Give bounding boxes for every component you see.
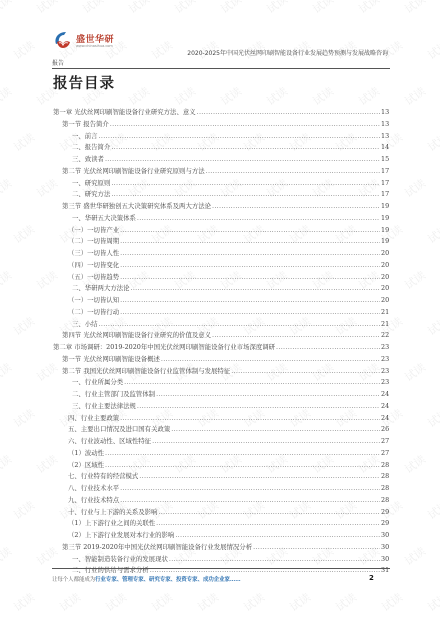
toc-entry-title: 四、行业主要政策 [68, 413, 119, 425]
toc-entry[interactable]: （二）一切皆周期19 [53, 236, 389, 248]
footer-slogan-accent: 行业专家、管理专家、研究专家、投资专家、成功企业家…… [95, 577, 241, 583]
toc-entry-page: 21 [381, 319, 389, 331]
toc-entry-title: 一、行业所属分类 [72, 377, 123, 389]
toc-entry-title: 第四节 光伏丝网印刷智能设备行业研究的价值及意义 [62, 330, 211, 342]
toc-entry-title: 六、行业波动性、区域性特征 [68, 436, 151, 448]
toc-entry-page: 17 [381, 166, 389, 178]
toc-dot-leader [276, 342, 380, 354]
toc-entry-title: 一、研究原则 [72, 178, 110, 190]
toc-entry[interactable]: （三）一切皆人性20 [53, 248, 389, 260]
watermark-text: 试读 [355, 0, 382, 17]
watermark-text: 试读 [424, 313, 440, 339]
toc-entry[interactable]: （2）区域性28 [53, 460, 389, 472]
toc-entry-page: 28 [381, 460, 389, 472]
toc-dot-leader [124, 377, 380, 389]
watermark-text: 试读 [194, 589, 221, 615]
watermark-text: 试读 [102, 589, 129, 615]
toc-entry[interactable]: 一、行业所属分类23 [53, 377, 389, 389]
toc-entry[interactable]: （2）上下游行业发展对本行业的影响30 [53, 530, 389, 542]
toc-entry[interactable]: 五、主要出口情况及进口国有关政策26 [53, 424, 389, 436]
report-label: 报告 [52, 58, 64, 67]
watermark-text: 试读 [240, 589, 267, 615]
toc-entry-title: （1）上下游行业之间的关联性 [68, 518, 155, 530]
toc-entry[interactable]: 一、前言13 [53, 131, 389, 143]
toc-entry[interactable]: 六、行业波动性、区域性特征27 [53, 436, 389, 448]
toc-dot-leader [105, 154, 380, 166]
toc-dot-leader [105, 448, 380, 460]
toc-entry-title: （三）一切皆人性 [68, 248, 119, 260]
watermark-text: 试读 [0, 543, 15, 569]
watermark-text: 试读 [10, 497, 37, 523]
watermark-text: 试读 [217, 0, 244, 17]
toc-entry-title: 第二节 光伏丝网印刷智能设备行业研究原则与方法 [62, 166, 205, 178]
toc-entry-title: 第三节 2019-2020年中国光伏丝网印刷智能设备行业发展情况分析 [62, 542, 252, 554]
toc-entry[interactable]: 第一章 光伏丝网印刷智能设备行业研究方法、意义13 [53, 107, 389, 119]
toc-entry-page: 29 [381, 507, 389, 519]
toc-entry-title: 第一节 光伏丝网印刷智能设备概述 [62, 354, 160, 366]
watermark-text: 试读 [10, 129, 37, 155]
toc-dot-leader [120, 495, 380, 507]
toc-entry-title: 三、行业主要法律法规 [72, 401, 136, 413]
watermark-text: 试读 [424, 497, 440, 523]
toc-entry-page: 23 [381, 377, 389, 389]
watermark-text: 试读 [217, 83, 244, 109]
watermark-text: 试读 [171, 0, 198, 17]
watermark-text: 试读 [33, 0, 60, 17]
toc-entry-title: （一）一切皆产业 [68, 225, 119, 237]
toc-entry-title: （二）一切皆行动 [68, 307, 119, 319]
toc-entry-title: （四）一切皆变化 [68, 260, 119, 272]
toc-dot-leader [139, 471, 380, 483]
toc-entry-page: 30 [381, 542, 389, 554]
watermark-text: 试读 [0, 359, 15, 385]
watermark-text: 试读 [309, 0, 336, 17]
toc-entry[interactable]: 四、行业主要政策24 [53, 413, 389, 425]
footer-slogan-prefix: 让每个人都能成为 [52, 577, 95, 583]
watermark-text: 试读 [401, 543, 428, 569]
watermark-text: 试读 [263, 83, 290, 109]
toc-dot-leader [231, 366, 380, 378]
toc-dot-leader [120, 225, 380, 237]
watermark-text: 试读 [10, 313, 37, 339]
watermark-text: 试读 [0, 0, 15, 17]
watermark-text: 试读 [10, 405, 37, 431]
watermark-text: 试读 [378, 589, 405, 615]
toc-entry-page: 28 [381, 495, 389, 507]
toc-entry-page: 24 [381, 413, 389, 425]
toc-dot-leader [171, 424, 380, 436]
toc-entry[interactable]: 八、行业技术水平28 [53, 483, 389, 495]
toc-entry[interactable]: 第三节 2019-2020年中国光伏丝网印刷智能设备行业发展情况分析30 [53, 542, 389, 554]
watermark-text: 试读 [424, 221, 440, 247]
watermark-text: 试读 [401, 175, 428, 201]
toc-entry[interactable]: 七、行业特有的经营模式28 [53, 471, 389, 483]
toc-dot-leader [152, 436, 380, 448]
header-divider [52, 68, 390, 69]
toc-dot-leader [120, 272, 380, 284]
toc-entry[interactable]: （1）波动性27 [53, 448, 389, 460]
watermark-text: 试读 [0, 451, 15, 477]
footer-slogan: 让每个人都能成为行业专家、管理专家、研究专家、投资专家、成功企业家…… [52, 575, 241, 583]
watermark-text: 试读 [125, 83, 152, 109]
company-logo: 盛世华研 www.chinasihua.com [50, 28, 116, 52]
watermark-text: 试读 [0, 267, 15, 293]
toc-entry-page: 15 [381, 154, 389, 166]
toc-dot-leader [158, 507, 380, 519]
toc-entry[interactable]: 第三节 盛世华研独创五大决策研究体系及两大方法论19 [53, 201, 389, 213]
toc-entry-page: 23 [381, 366, 389, 378]
toc-entry-title: 五、主要出口情况及进口国有关政策 [68, 424, 170, 436]
toc-dot-leader [99, 131, 380, 143]
watermark-text: 试读 [79, 0, 106, 17]
toc-entry[interactable]: （四）一切皆变化20 [53, 260, 389, 272]
toc-entry-page: 19 [381, 236, 389, 248]
toc-entry[interactable]: 第二章 市场调研：2019-2020年中国光伏丝网印刷智能设备行业市场深度调研2… [53, 342, 389, 354]
toc-entry-page: 21 [381, 307, 389, 319]
document-title: 2020-2025年中国光伏丝网印刷智能设备行业发展趋势预测与发展战略咨询 [187, 48, 388, 57]
toc-dot-leader [120, 260, 380, 272]
toc-dot-leader [120, 413, 380, 425]
toc-entry-page: 13 [381, 107, 389, 119]
toc-entry-page: 23 [381, 354, 389, 366]
toc-dot-leader [111, 178, 380, 190]
watermark-text: 试读 [0, 83, 15, 109]
toc-entry-title: 二、华研两大方法论 [72, 283, 130, 295]
watermark-text: 试读 [401, 267, 428, 293]
toc-entry[interactable]: 二、报告简介14 [53, 142, 389, 154]
toc-entry-title: （2）上下游行业发展对本行业的影响 [68, 530, 174, 542]
toc-entry-title: （五）一切皆趋势 [68, 272, 119, 284]
watermark-text: 试读 [286, 589, 313, 615]
toc-entry-page: 30 [381, 530, 389, 542]
toc-entry-page: 22 [381, 330, 389, 342]
watermark-text: 试读 [309, 83, 336, 109]
watermark-text: 试读 [148, 589, 175, 615]
toc-entry-page: 14 [381, 142, 389, 154]
toc-entry[interactable]: 一、智能制造装备行业的发展现状30 [53, 554, 389, 566]
toc-dot-leader [137, 401, 380, 413]
toc-entry[interactable]: 第二节 我国光伏丝网印刷智能设备行业监管体制与发展特征23 [53, 366, 389, 378]
toc-dot-leader [206, 166, 380, 178]
watermark-text: 试读 [10, 221, 37, 247]
toc-entry-page: 20 [381, 260, 389, 272]
watermark-text: 试读 [401, 0, 428, 17]
toc-dot-leader [137, 213, 380, 225]
toc-entry-page: 17 [381, 178, 389, 190]
watermark-text: 试读 [125, 0, 152, 17]
toc-dot-leader [120, 236, 380, 248]
toc-entry-title: （二）一切皆周期 [68, 236, 119, 248]
toc-entry-title: 一、智能制造装备行业的发展现状 [72, 554, 168, 566]
watermark-text: 试读 [401, 451, 428, 477]
page-title: 报告目录 [53, 72, 115, 93]
toc-entry-page: 30 [381, 554, 389, 566]
toc-dot-leader [212, 201, 380, 213]
toc-entry-title: 三、致读者 [72, 154, 104, 166]
toc-entry[interactable]: 第一节 报告简介13 [53, 119, 389, 131]
toc-dot-leader [120, 307, 380, 319]
toc-entry[interactable]: 十、行业与上下游的关系及影响29 [53, 507, 389, 519]
watermark-text: 试读 [401, 359, 428, 385]
toc-entry-title: 第一章 光伏丝网印刷智能设备行业研究方法、意义 [53, 107, 196, 119]
toc-entry[interactable]: （一）一切皆认知20 [53, 295, 389, 307]
toc-entry-title: 第二章 市场调研：2019-2020年中国光伏丝网印刷智能设备行业市场深度调研 [53, 342, 275, 354]
toc-entry[interactable]: （1）上下游行业之间的关联性29 [53, 518, 389, 530]
toc-entry-page: 20 [381, 283, 389, 295]
toc-dot-leader [161, 354, 380, 366]
toc-dot-leader [253, 542, 380, 554]
footer-divider [52, 568, 390, 569]
toc-entry[interactable]: 第四节 光伏丝网印刷智能设备行业研究的价值及意义22 [53, 330, 389, 342]
watermark-text: 试读 [424, 589, 440, 615]
toc-entry-page: 29 [381, 518, 389, 530]
toc-dot-leader [169, 554, 380, 566]
toc-entry-page: 26 [381, 424, 389, 436]
toc-entry[interactable]: 二、行业主管部门及监管体制24 [53, 389, 389, 401]
toc-entry[interactable]: 第一节 光伏丝网印刷智能设备概述23 [53, 354, 389, 366]
page-header: 盛世华研 www.chinasihua.com 报告 2020-2025年中国光… [50, 28, 390, 68]
logo-swoosh-icon [52, 30, 74, 50]
toc-dot-leader [212, 330, 380, 342]
toc-entry-title: 二、报告简介 [72, 142, 110, 154]
toc-entry[interactable]: 二、华研两大方法论20 [53, 283, 389, 295]
toc-entry-page: 13 [381, 131, 389, 143]
toc-entry-page: 31 [381, 565, 389, 577]
toc-dot-leader [197, 107, 380, 119]
toc-entry[interactable]: 第二节 光伏丝网印刷智能设备行业研究原则与方法17 [53, 166, 389, 178]
toc-entry[interactable]: （一）一切皆产业19 [53, 225, 389, 237]
toc-entry-title: 第三节 盛世华研独创五大决策研究体系及两大方法论 [62, 201, 211, 213]
toc-dot-leader [175, 530, 380, 542]
watermark-text: 试读 [10, 589, 37, 615]
toc-dot-leader [120, 483, 380, 495]
watermark-text: 试读 [424, 405, 440, 431]
toc-entry-title: 一、前言 [72, 131, 98, 143]
watermark-text: 试读 [0, 175, 15, 201]
toc-entry[interactable]: 一、华研五大决策体系19 [53, 213, 389, 225]
toc-entry-page: 28 [381, 483, 389, 495]
toc-dot-leader [111, 189, 380, 201]
watermark-text: 试读 [332, 589, 359, 615]
page-number: 2 [369, 574, 374, 582]
watermark-text: 试读 [355, 83, 382, 109]
toc-entry-page: 19 [381, 213, 389, 225]
toc-dot-leader [99, 319, 380, 331]
toc-entry[interactable]: 三、小结21 [53, 319, 389, 331]
watermark-text: 试读 [424, 37, 440, 63]
watermark-text: 试读 [10, 37, 37, 63]
toc-dot-leader [156, 389, 380, 401]
watermark-text: 试读 [171, 83, 198, 109]
toc-dot-leader [110, 119, 380, 131]
toc-dot-leader [111, 142, 380, 154]
watermark-text: 试读 [401, 83, 428, 109]
toc-entry-page: 20 [381, 248, 389, 260]
toc-entry-title: 三、小结 [72, 319, 98, 331]
toc-entry-title: 八、行业技术水平 [68, 483, 119, 495]
table-of-contents: 第一章 光伏丝网印刷智能设备行业研究方法、意义13第一节 报告简介13一、前言1… [53, 107, 389, 577]
toc-dot-leader [131, 283, 380, 295]
watermark-text: 试读 [424, 129, 440, 155]
toc-entry-title: 九、行业技术特点 [68, 495, 119, 507]
toc-entry-title: 十、行业与上下游的关系及影响 [68, 507, 157, 519]
toc-entry-title: 七、行业特有的经营模式 [68, 471, 138, 483]
toc-dot-leader [120, 295, 380, 307]
toc-entry-page: 19 [381, 225, 389, 237]
toc-entry-page: 19 [381, 201, 389, 213]
toc-entry[interactable]: 三、致读者15 [53, 154, 389, 166]
toc-dot-leader [105, 460, 380, 472]
toc-entry-title: （一）一切皆认知 [68, 295, 119, 307]
watermark-text: 试读 [263, 0, 290, 17]
toc-entry-title: 二、行业主管部门及监管体制 [72, 389, 155, 401]
toc-entry[interactable]: 三、行业主要法律法规24 [53, 401, 389, 413]
toc-entry-page: 28 [381, 471, 389, 483]
toc-entry[interactable]: （五）一切皆趋势20 [53, 272, 389, 284]
toc-entry-title: 第一节 报告简介 [62, 119, 109, 131]
toc-entry-title: 一、华研五大决策体系 [72, 213, 136, 225]
toc-entry-page: 17 [381, 189, 389, 201]
toc-entry-page: 27 [381, 448, 389, 460]
logo-url: www.chinasihua.com [76, 44, 113, 48]
toc-entry-page: 24 [381, 401, 389, 413]
toc-entry-page: 23 [381, 342, 389, 354]
watermark-text: 试读 [56, 589, 83, 615]
toc-entry[interactable]: 九、行业技术特点28 [53, 495, 389, 507]
toc-entry[interactable]: 二、研究方法17 [53, 189, 389, 201]
toc-entry-page: 13 [381, 119, 389, 131]
toc-entry-title: （2）区域性 [68, 460, 104, 472]
toc-entry-page: 27 [381, 436, 389, 448]
toc-entry-page: 20 [381, 295, 389, 307]
toc-entry[interactable]: 一、研究原则17 [53, 178, 389, 190]
toc-entry-page: 24 [381, 389, 389, 401]
toc-dot-leader [120, 248, 380, 260]
toc-entry-title: （1）波动性 [68, 448, 104, 460]
toc-entry-title: 第二节 我国光伏丝网印刷智能设备行业监管体制与发展特征 [62, 366, 230, 378]
toc-entry-title: 二、研究方法 [72, 189, 110, 201]
toc-entry-page: 20 [381, 272, 389, 284]
toc-entry[interactable]: （二）一切皆行动21 [53, 307, 389, 319]
toc-dot-leader [156, 518, 380, 530]
